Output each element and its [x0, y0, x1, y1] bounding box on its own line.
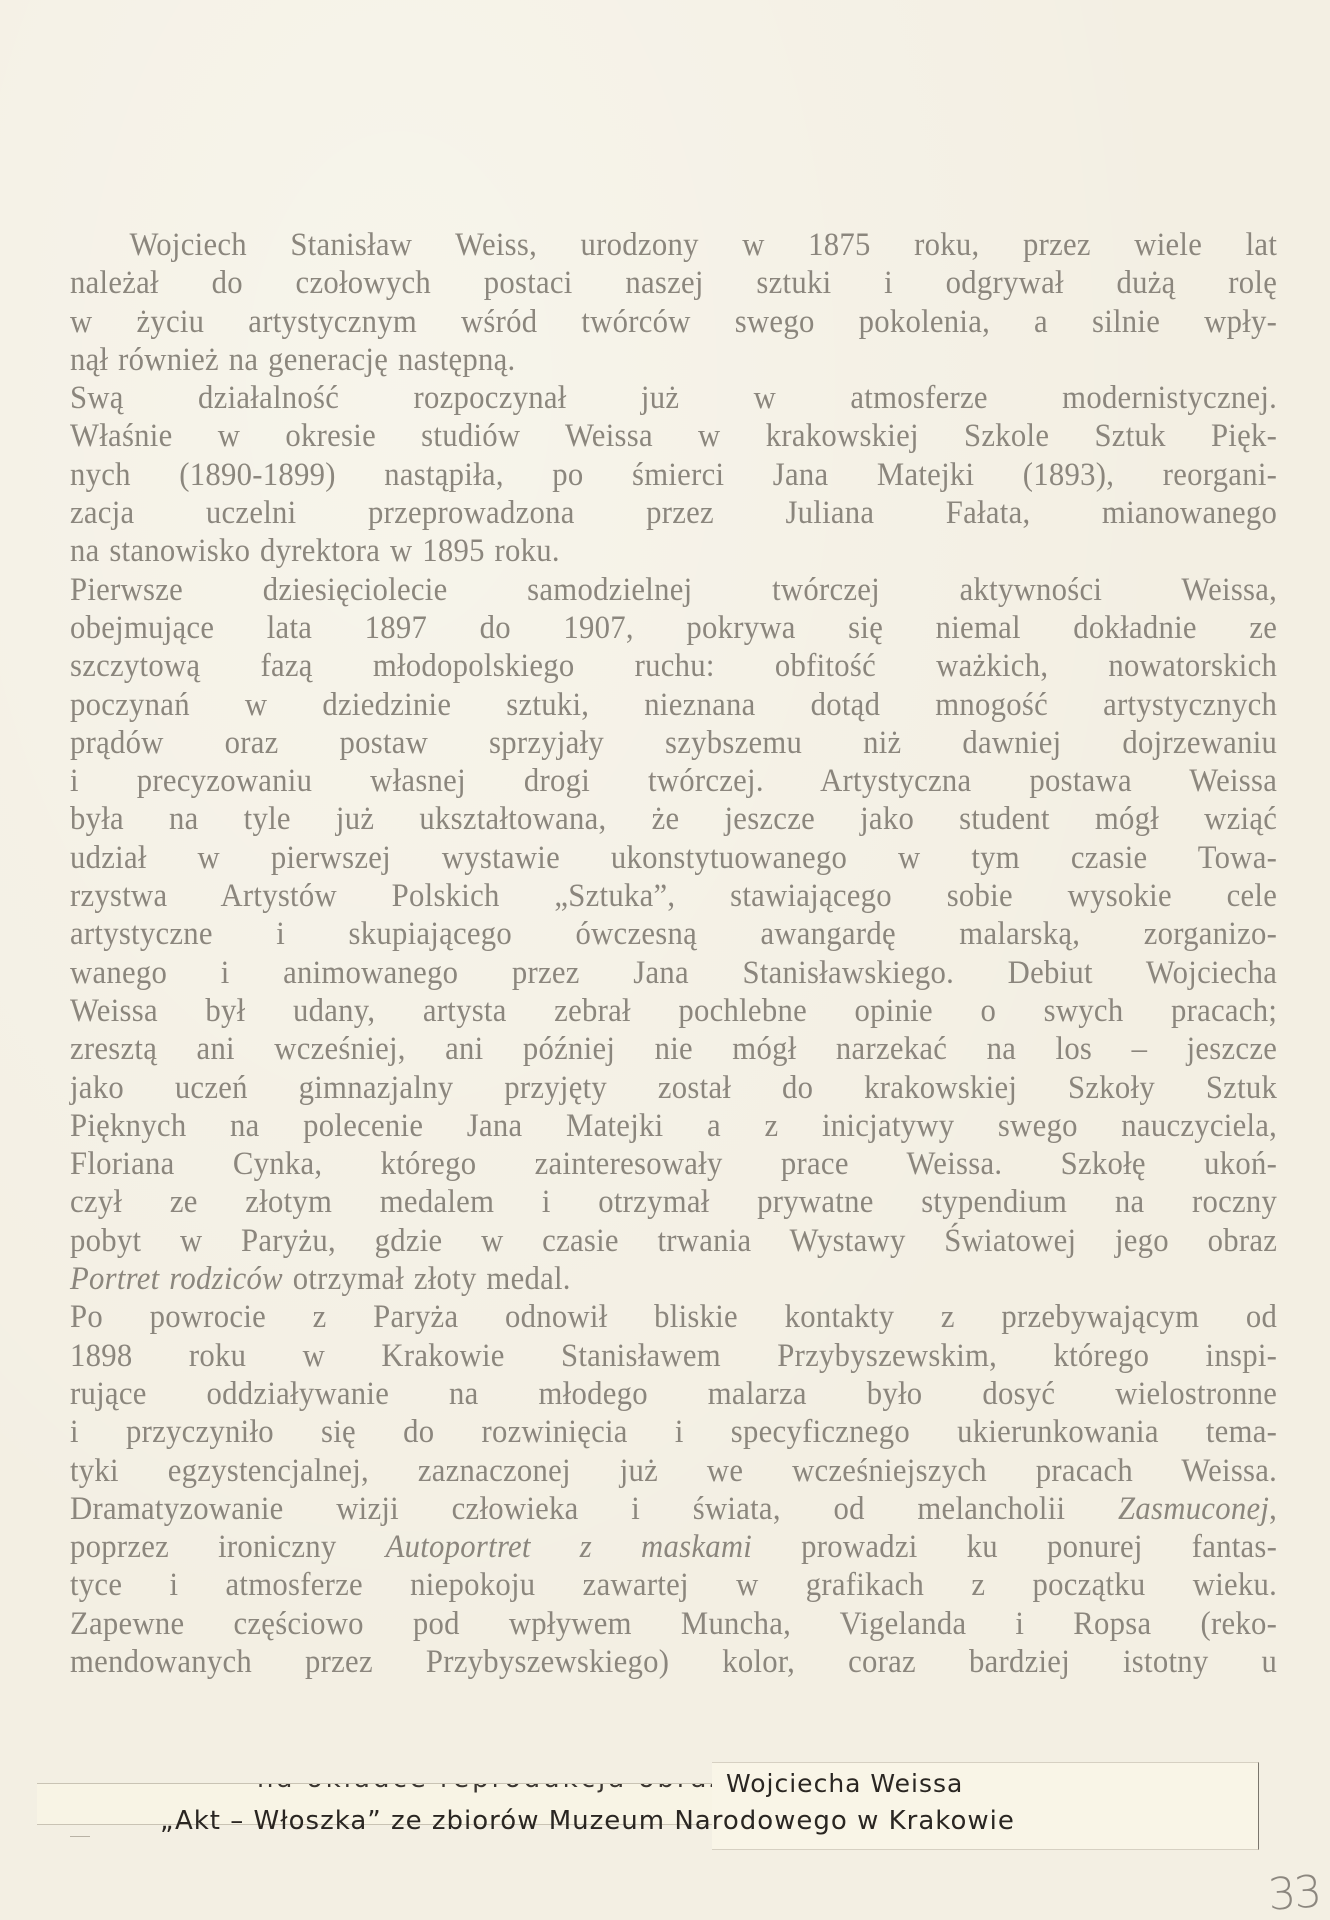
text-line: szczytową fazą młodopolskiego ruchu: obf… [70, 647, 1277, 685]
text-line: Właśnie w okresie studiów Weissa w krako… [70, 417, 1277, 455]
text-fragment: otrzymał złoty medal. [283, 1261, 571, 1297]
text-line: rzystwa Artystów Polskich „Sztuka”, staw… [70, 877, 1277, 915]
text-line: zacja uczelni przeprowadzona przez Julia… [70, 494, 1277, 532]
text-line: Wojciech Stanisław Weiss, urodzony w 187… [70, 226, 1277, 264]
text-line: Swą działalność rozpoczynał już w atmosf… [70, 379, 1277, 417]
text-line: Zapewne częściowo pod wpływem Muncha, Vi… [70, 1605, 1277, 1643]
text-line: tyki egzystencjalnej, zaznaczonej już we… [70, 1452, 1277, 1490]
text-line: zresztą ani wcześniej, ani później nie m… [70, 1030, 1277, 1068]
text-fragment: , [1269, 1491, 1277, 1527]
text-line: należał do czołowych postaci naszej sztu… [70, 264, 1277, 302]
text-line: Po powrocie z Paryża odnowił bliskie kon… [70, 1298, 1277, 1336]
text-line: jako uczeń gimnazjalny przyjęty został d… [70, 1069, 1277, 1107]
text-line: Portret rodziców otrzymał złoty medal. [70, 1260, 1277, 1298]
caption-artwork: „Akt – Włoszka” ze zbiorów Muzeum Narodo… [160, 1806, 1015, 1836]
text-line: nął również na generację następną. [70, 341, 1277, 379]
text-line: prądów oraz postaw sprzyjały szybszemu n… [70, 724, 1277, 762]
artwork-title: Portret rodziców [70, 1261, 283, 1297]
text-line: artystyczne i skupiającego ówczesną awan… [70, 915, 1277, 953]
text-line: mendowanych przez Przybyszewskiego) kolo… [70, 1643, 1277, 1681]
text-line: i precyzowaniu własnej drogi twórczej. A… [70, 762, 1277, 800]
text-line: tyce i atmosferze niepokoju zawartej w g… [70, 1566, 1277, 1604]
text-line: i przyczyniło się do rozwinięcia i specy… [70, 1413, 1277, 1451]
text-line: wanego i animowanego przez Jana Stanisła… [70, 954, 1277, 992]
scanned-page: Wojciech Stanisław Weiss, urodzony w 187… [0, 0, 1330, 1920]
text-fragment: poprzez ironiczny [70, 1529, 386, 1565]
text-line: Dramatyzowanie wizji człowieka i świata,… [70, 1490, 1277, 1528]
cut-caption-text: na okładce reprodukcja obrazu [257, 1783, 717, 1794]
text-line: obejmujące lata 1897 do 1907, pokrywa si… [70, 609, 1277, 647]
text-line: poczynań w dziedzinie sztuki, nieznana d… [70, 686, 1277, 724]
text-line: 1898 roku w Krakowie Stanisławem Przybys… [70, 1337, 1277, 1375]
text-fragment: Dramatyzowanie wizji człowieka i świata,… [70, 1491, 1118, 1527]
text-line: czył ze złotym medalem i otrzymał prywat… [70, 1183, 1277, 1221]
text-line: w życiu artystycznym wśród twórców swego… [70, 303, 1277, 341]
text-line: nych (1890-1899) nastąpiła, po śmierci J… [70, 456, 1277, 494]
text-line: Pięknych na polecenie Jana Matejki a z i… [70, 1107, 1277, 1145]
text-line: poprzez ironiczny Autoportret z maskami … [70, 1528, 1277, 1566]
text-line: pobyt w Paryżu, gdzie w czasie trwania W… [70, 1222, 1277, 1260]
stray-mark [70, 1836, 90, 1837]
text-line: Weissa był udany, artysta zebrał pochleb… [70, 992, 1277, 1030]
artwork-title: Autoportret z maskami [386, 1529, 753, 1565]
text-fragment: prowadzi ku ponurej fantas- [752, 1529, 1277, 1565]
body-text: Wojciech Stanisław Weiss, urodzony w 187… [70, 226, 1193, 1681]
text-line: udział w pierwszej wystawie ukonstytuowa… [70, 839, 1277, 877]
text-line: rujące oddziaływanie na młodego malarza … [70, 1375, 1277, 1413]
page-number: 33 [1266, 1866, 1321, 1920]
caption-artist: Wojciecha Weissa [726, 1769, 963, 1798]
artwork-title: Zasmuconej [1118, 1491, 1269, 1527]
text-line: na stanowisko dyrektora w 1895 roku. [70, 532, 1277, 570]
text-line: była na tyle już ukształtowana, że jeszc… [70, 800, 1277, 838]
text-line: Floriana Cynka, którego zainteresowały p… [70, 1145, 1277, 1183]
text-line: Pierwsze dziesięciolecie samodzielnej tw… [70, 571, 1277, 609]
